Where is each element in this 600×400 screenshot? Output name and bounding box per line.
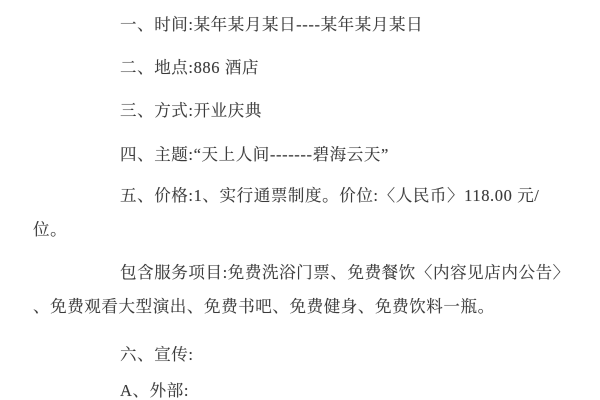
doc-line-price-wrap: 位。 (33, 220, 67, 240)
doc-line-method: 三、方式:开业庆典 (120, 101, 262, 121)
doc-line-location: 二、地点:886 酒店 (120, 58, 259, 78)
document-page: 一、时间:某年某月某日----某年某月某日 二、地点:886 酒店 三、方式:开… (0, 0, 600, 400)
doc-line-external: A、外部: (120, 381, 189, 400)
doc-line-services-wrap: 、免费观看大型演出、免费书吧、免费健身、免费饮料一瓶。 (33, 297, 495, 317)
doc-line-services: 包含服务项目:免费洗浴门票、免费餐饮〈内容见店内公告〉 (120, 263, 570, 283)
doc-line-price: 五、价格:1、实行通票制度。价位:〈人民币〉118.00 元/ (120, 186, 540, 206)
doc-line-promotion: 六、宣传: (120, 345, 194, 365)
doc-line-time: 一、时间:某年某月某日----某年某月某日 (120, 15, 423, 35)
doc-line-theme: 四、主题:“天上人间-------碧海云天” (120, 145, 389, 165)
